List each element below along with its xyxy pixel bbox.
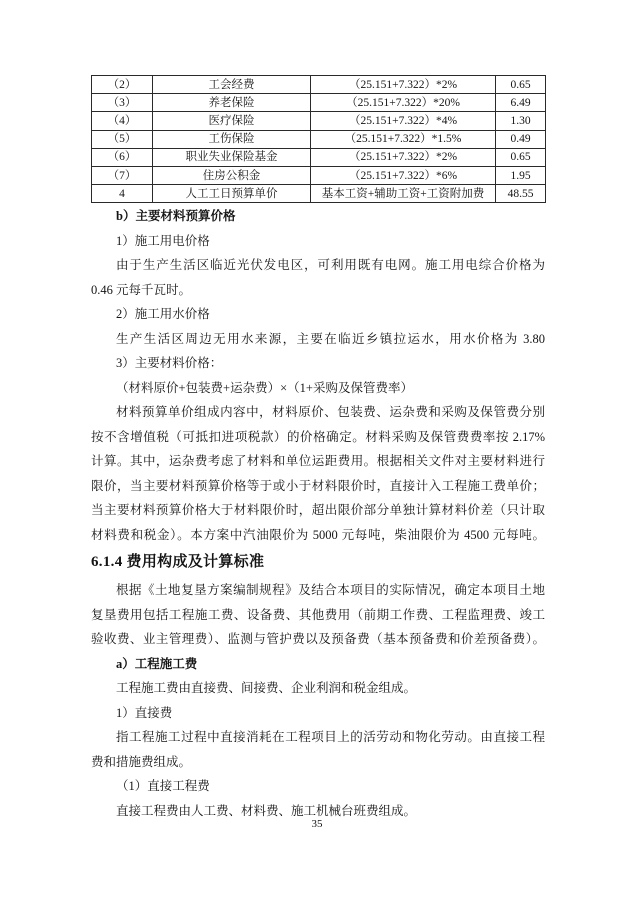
- para-line: 验收费、业主管理费）、监测与管护费以及预备费（基本预备费和价差预备费）。: [91, 627, 545, 652]
- table-cell-item: 医疗保险: [153, 112, 311, 130]
- para-line: 复垦费用包括工程施工费、设备费、其他费用（前期工作费、工程监理费、竣工: [91, 603, 545, 628]
- table-cell-formula: （25.151+7.322）*6%: [311, 166, 496, 184]
- table-cell-no: （5）: [92, 130, 153, 148]
- section-heading-614: 6.1.4 费用构成及计算标准: [91, 547, 545, 578]
- table-cell-formula: （25.151+7.322）*1.5%: [311, 130, 496, 148]
- table-cell-value: 0.49: [496, 130, 546, 148]
- table-cell-value: 0.65: [496, 76, 546, 94]
- para-line: 材料预算单价组成内容中，材料原价、包装费、运杂费和采购及保管费分别: [91, 400, 545, 425]
- table-row: （6） 职业失业保险基金 （25.151+7.322）*2% 0.65: [92, 148, 546, 166]
- table-cell-formula: 基本工资+辅助工资+工资附加费: [311, 185, 496, 203]
- item-direct-cost: 1）直接费: [91, 701, 545, 726]
- table-cell-no: （3）: [92, 94, 153, 112]
- table-row: （7） 住房公积金 （25.151+7.322）*6% 1.95: [92, 166, 546, 184]
- table-cell-value: 48.55: [496, 185, 546, 203]
- item-material-price: 3）主要材料价格：: [91, 351, 545, 376]
- table-cell-formula: （25.151+7.322）*4%: [311, 112, 496, 130]
- para-line: 按不含增值税（可抵扣进项税款）的价格确定。材料采购及保管费费率按 2.17%: [91, 425, 545, 450]
- table-row: （3） 养老保险 （25.151+7.322）*20% 6.49: [92, 94, 546, 112]
- page-number: 35: [0, 817, 634, 831]
- table-row: （5） 工伤保险 （25.151+7.322）*1.5% 0.49: [92, 130, 546, 148]
- table-cell-no: （7）: [92, 166, 153, 184]
- table-row: （4） 医疗保险 （25.151+7.322）*4% 1.30: [92, 112, 546, 130]
- table-cell-no: （4）: [92, 112, 153, 130]
- para-line: 计算。其中，运杂费考虑了材料和单位运距费用。根据相关文件对主要材料进行: [91, 449, 545, 474]
- para-line: 工程施工费由直接费、间接费、企业利润和税金组成。: [91, 676, 545, 701]
- labor-cost-table: （2） 工会经费 （25.151+7.322）*2% 0.65 （3） 养老保险…: [91, 75, 546, 203]
- table-cell-no: （6）: [92, 148, 153, 166]
- para-line: 生产生活区周边无用水来源，主要在临近乡镇拉运水，用水价格为 3.80 元/m³。: [91, 327, 545, 352]
- table-cell-formula: （25.151+7.322）*2%: [311, 76, 496, 94]
- table-row: （2） 工会经费 （25.151+7.322）*2% 0.65: [92, 76, 546, 94]
- para-line: 当主要材料预算价格大于材料限价时，超出限价部分单独计算材料价差（只计取: [91, 498, 545, 523]
- table-cell-item: 工会经费: [153, 76, 311, 94]
- table-cell-value: 1.95: [496, 166, 546, 184]
- para-line: 限价，当主要材料预算价格等于或小于材料限价时，直接计入工程施工费单价；: [91, 474, 545, 499]
- table-row: 4 人工工日预算单价 基本工资+辅助工资+工资附加费 48.55: [92, 185, 546, 203]
- table-cell-value: 6.49: [496, 94, 546, 112]
- para-line: 0.46 元每千瓦时。: [91, 278, 545, 303]
- para-line: 材料费和税金）。本方案中汽油限价为 5000 元每吨，柴油限价为 4500 元每…: [91, 523, 545, 548]
- table-cell-item: 人工工日预算单价: [153, 185, 311, 203]
- table-cell-no: （2）: [92, 76, 153, 94]
- table-cell-value: 0.65: [496, 148, 546, 166]
- item-direct-engineering-cost: （1）直接工程费: [91, 774, 545, 799]
- table-cell-item: 职业失业保险基金: [153, 148, 311, 166]
- heading-construction-cost: a）工程施工费: [91, 652, 545, 677]
- table-cell-no: 4: [92, 185, 153, 203]
- para-line: 指工程施工过程中直接消耗在工程项目上的活劳动和物化劳动。由直接工程: [91, 725, 545, 750]
- para-line: 由于生产生活区临近光伏发电区，可利用既有电网。施工用电综合价格为: [91, 253, 545, 278]
- table-cell-item: 养老保险: [153, 94, 311, 112]
- table-cell-formula: （25.151+7.322）*20%: [311, 94, 496, 112]
- heading-material-budget-price: b）主要材料预算价格: [91, 204, 545, 229]
- para-line: 根据《土地复垦方案编制规程》及结合本项目的实际情况，确定本项目土地: [91, 578, 545, 603]
- document-page: （2） 工会经费 （25.151+7.322）*2% 0.65 （3） 养老保险…: [0, 0, 634, 898]
- table-cell-item: 工伤保险: [153, 130, 311, 148]
- table-cell-formula: （25.151+7.322）*2%: [311, 148, 496, 166]
- table-cell-item: 住房公积金: [153, 166, 311, 184]
- item-water-price: 2）施工用水价格: [91, 302, 545, 327]
- page-content: （2） 工会经费 （25.151+7.322）*2% 0.65 （3） 养老保险…: [91, 75, 545, 823]
- para-line: 费和措施费组成。: [91, 750, 545, 775]
- item-power-price: 1）施工用电价格: [91, 229, 545, 254]
- table-cell-value: 1.30: [496, 112, 546, 130]
- material-price-formula: （材料原价+包装费+运杂费）×（1+采购及保管费率）: [91, 376, 545, 401]
